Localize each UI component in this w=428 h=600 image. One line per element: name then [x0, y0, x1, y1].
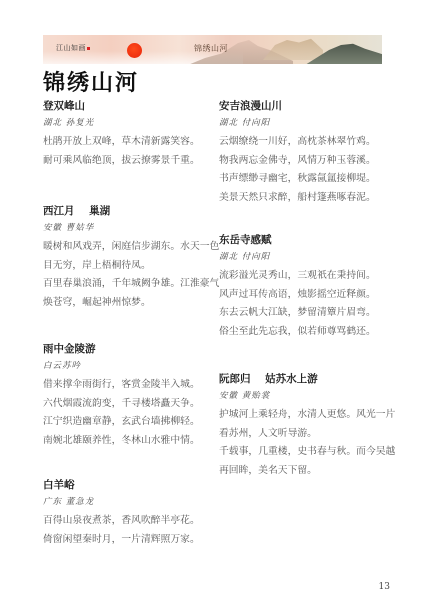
poem-title: 白羊峪: [43, 477, 211, 491]
poem-author: 安徽 黄贻裳: [219, 389, 391, 402]
poem-author: 广东 董急龙: [43, 495, 211, 508]
poem: 阮郎归 姑苏水上游 安徽 黄贻裳 护城河上乘轻舟，水清人更悠。风光一片 看苏州，…: [219, 371, 391, 480]
sun-icon: [127, 43, 142, 58]
poem: 登双峰山 湖北 孙复光 杜鹃开放上双峰，草木清新露笑容。 耐可乘风临绝顶，拔云撩…: [43, 98, 211, 170]
poem-line: 东去云帆大江缺，梦留清簟片眉弯。: [219, 304, 391, 323]
poem-line: 俗尘至此先忘我，似若师尊骂鹤还。: [219, 323, 391, 342]
banner-left-text: 江山如画: [56, 44, 86, 52]
poem-line: 借来撑伞雨街行，客赏金陵半入城。: [43, 376, 211, 395]
poem-author: 湖北 孙复光: [43, 116, 211, 129]
poem-line: 物我两忘金佛寺，风情万种玉蓉溪。: [219, 152, 391, 171]
poem-title: 登双峰山: [43, 98, 211, 112]
poem: 东岳寺感赋 湖北 付向阳 流彩溢光灵秀山，三观祇在秉持间。 风声过耳传高语，烛影…: [219, 232, 391, 341]
banner-left-calligraphy: 江山如画: [56, 43, 90, 53]
page-title: 锦绣山河: [43, 66, 139, 97]
poem: 安吉浪漫山川 湖北 付向阳 云烟缭绕一川好，高枕茶林翠竹鸡。 物我两忘金佛寺，风…: [219, 98, 391, 207]
poem-line: 南婉北雄颐养性，冬林山水雅中情。: [43, 432, 211, 451]
poem-line: 暖树和风戏弄，闲庭信步湖东。水天一色: [43, 238, 211, 257]
header-banner: 江山如画 锦绣山河: [43, 35, 382, 64]
poem-line: 千载事，几重楼，史书春与秋。而今吴越: [219, 443, 391, 462]
poem-line: 云烟缭绕一川好，高枕茶林翠竹鸡。: [219, 133, 391, 152]
poem-author: 湖北 付向阳: [219, 116, 391, 129]
poem-title: 安吉浪漫山川: [219, 98, 391, 112]
poem-line: 百里春巢浪涌，千年城阙争雄。江淮豪气: [43, 275, 211, 294]
poem: 白羊峪 广东 董急龙 百得山泉夜煮茶，香风吹醉半亭花。 倚窗闲望秦时月，一片清辉…: [43, 477, 211, 549]
poem-line: 护城河上乘轻舟，水清人更悠。风光一片: [219, 406, 391, 425]
poem-line: 再回眸，美名天下留。: [219, 462, 391, 481]
banner-mountain: [263, 35, 323, 60]
poem-author: 白云苏吟: [43, 359, 211, 372]
poem-line: 六代烟霞流韵变，千寻楼塔矗天争。: [43, 395, 211, 414]
poem-line: 目无穷，岸上梧桐待凤。: [43, 257, 211, 276]
poem-line: 流彩溢光灵秀山，三观祇在秉持间。: [219, 267, 391, 286]
poem-author: 湖北 付向阳: [219, 250, 391, 263]
poem-title: 雨中金陵游: [43, 341, 211, 355]
poem-line: 杜鹃开放上双峰，草木清新露笑容。: [43, 133, 211, 152]
poem-line: 江宁织造幽章静，玄武台墙拂柳轻。: [43, 413, 211, 432]
poem-line: 书声缥缈寻幽宅，秋露氤氲接柳堤。: [219, 170, 391, 189]
poem-title: 东岳寺感赋: [219, 232, 391, 246]
page-number: 13: [379, 582, 390, 592]
poem-line: 看苏州，人文听导游。: [219, 425, 391, 444]
poem-title: 阮郎归 姑苏水上游: [219, 371, 391, 385]
poem: 雨中金陵游 白云苏吟 借来撑伞雨街行，客赏金陵半入城。 六代烟霞流韵变，千寻楼塔…: [43, 341, 211, 450]
poem-line: 美景天然只求醉，船村篷燕啄春泥。: [219, 189, 391, 208]
poem-line: 焕苍穹，崛起神州惊梦。: [43, 294, 211, 313]
poem-line: 风声过耳传高语，烛影摇空近释颜。: [219, 286, 391, 305]
poem-author: 安徽 曹姑华: [43, 221, 211, 234]
poem-line: 百得山泉夜煮茶，香风吹醉半亭花。: [43, 512, 211, 531]
seal-icon: [87, 47, 90, 50]
poem-title: 西江月 巢湖: [43, 203, 211, 217]
poem-line: 倚窗闲望秦时月，一片清辉照万家。: [43, 531, 211, 550]
poem: 西江月 巢湖 安徽 曹姑华 暖树和风戏弄，闲庭信步湖东。水天一色 目无穷，岸上梧…: [43, 203, 211, 312]
banner-center-calligraphy: 锦绣山河: [194, 43, 228, 54]
poem-line: 耐可乘风临绝顶，拔云撩雾景千重。: [43, 152, 211, 171]
